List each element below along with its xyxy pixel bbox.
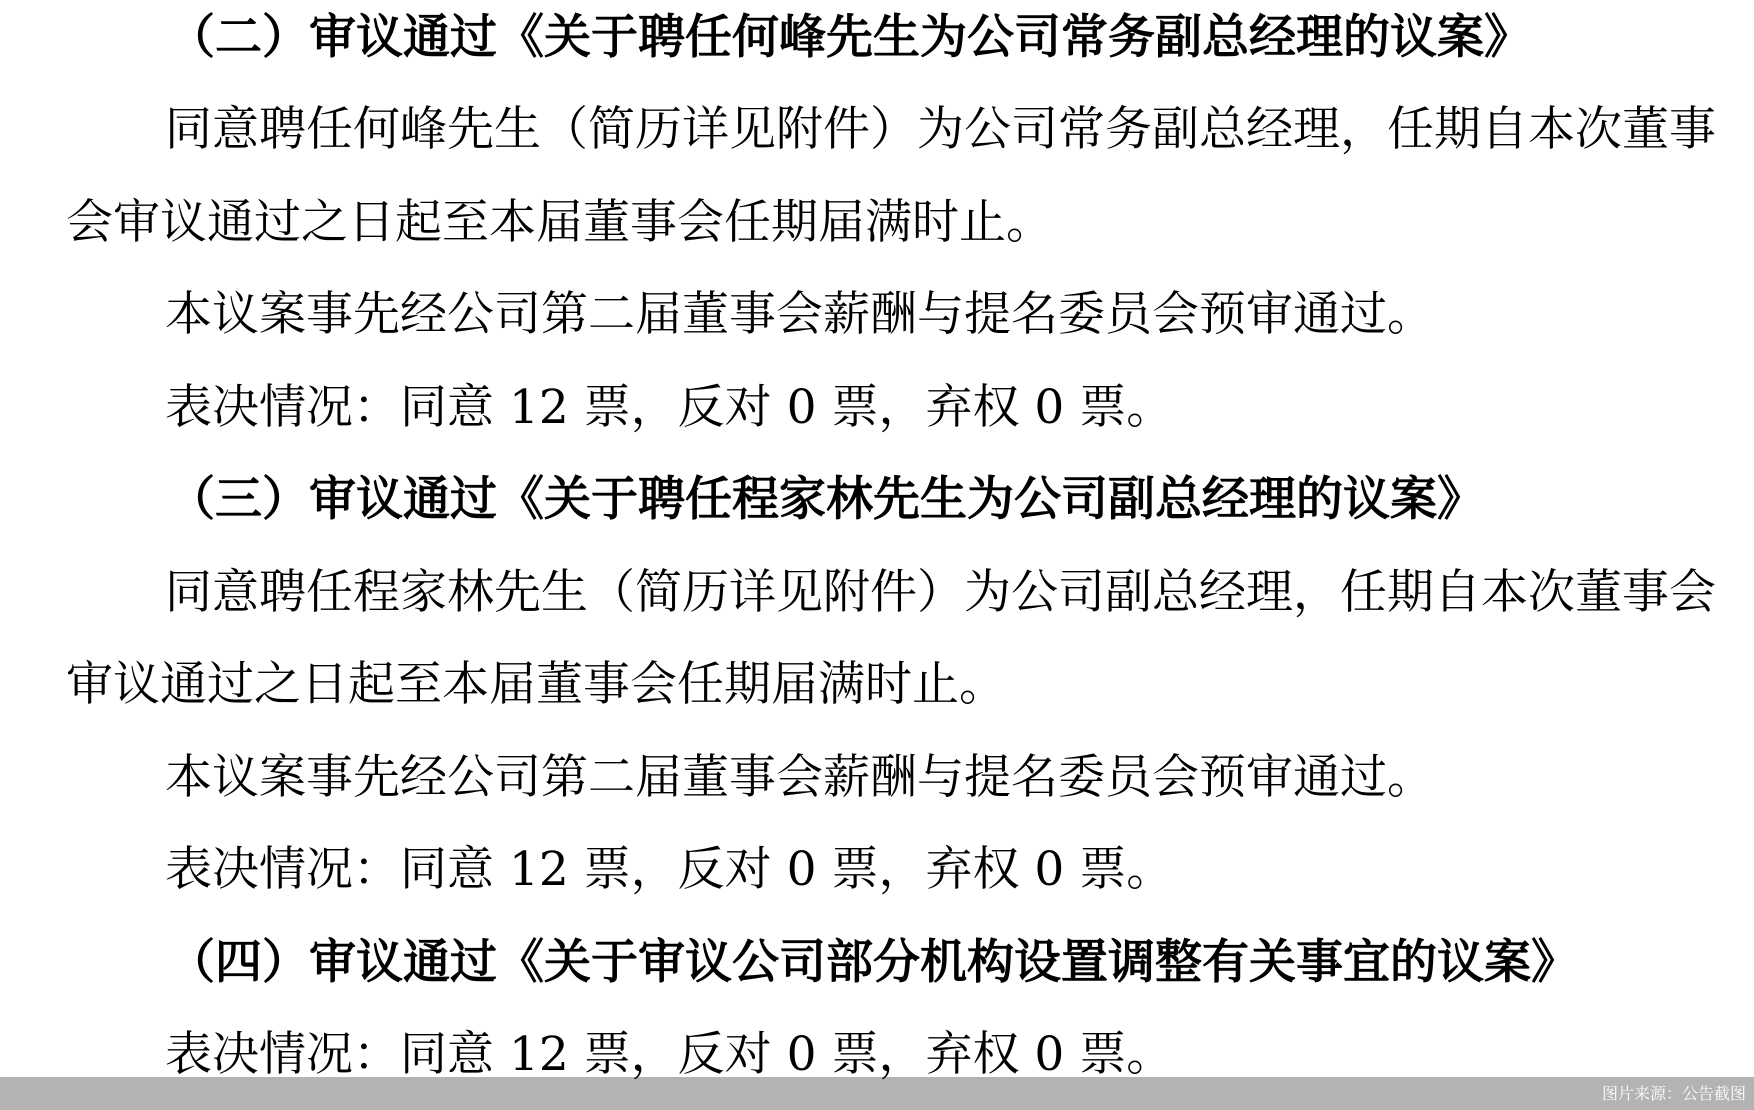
document-page: （二）审议通过《关于聘任何峰先生为公司常务副总经理的议案》 同意聘任何峰先生（简… [0,0,1754,1110]
image-source-caption: 图片来源：公告截图 [1602,1084,1746,1104]
section-2-appointment-line1: 同意聘任何峰先生（简历详见附件）为公司常务副总经理，任期自本次董事 [165,102,1715,158]
section-2-vote: 表决情况：同意 12 票，反对 0 票，弃权 0 票。 [165,380,1173,436]
section-3-heading: （三）审议通过《关于聘任程家林先生为公司副总经理的议案》 [168,472,1484,528]
section-2-heading: （二）审议通过《关于聘任何峰先生为公司常务副总经理的议案》 [168,10,1531,66]
section-4-heading: （四）审议通过《关于审议公司部分机构设置调整有关事宜的议案》 [168,935,1578,991]
section-3-vote: 表决情况：同意 12 票，反对 0 票，弃权 0 票。 [165,842,1173,898]
section-4-vote: 表决情况：同意 12 票，反对 0 票，弃权 0 票。 [165,1027,1173,1083]
section-3-appointment-line2: 审议通过之日起至本届董事会任期届满时止。 [66,657,1006,713]
section-3-pre-review: 本议案事先经公司第二届董事会薪酬与提名委员会预审通过。 [165,750,1434,806]
section-3-appointment-line1: 同意聘任程家林先生（简历详见附件）为公司副总经理，任期自本次董事会 [165,565,1710,621]
section-2-pre-review: 本议案事先经公司第二届董事会薪酬与提名委员会预审通过。 [165,287,1434,343]
section-2-appointment-line2: 会审议通过之日起至本届董事会任期届满时止。 [66,195,1053,251]
